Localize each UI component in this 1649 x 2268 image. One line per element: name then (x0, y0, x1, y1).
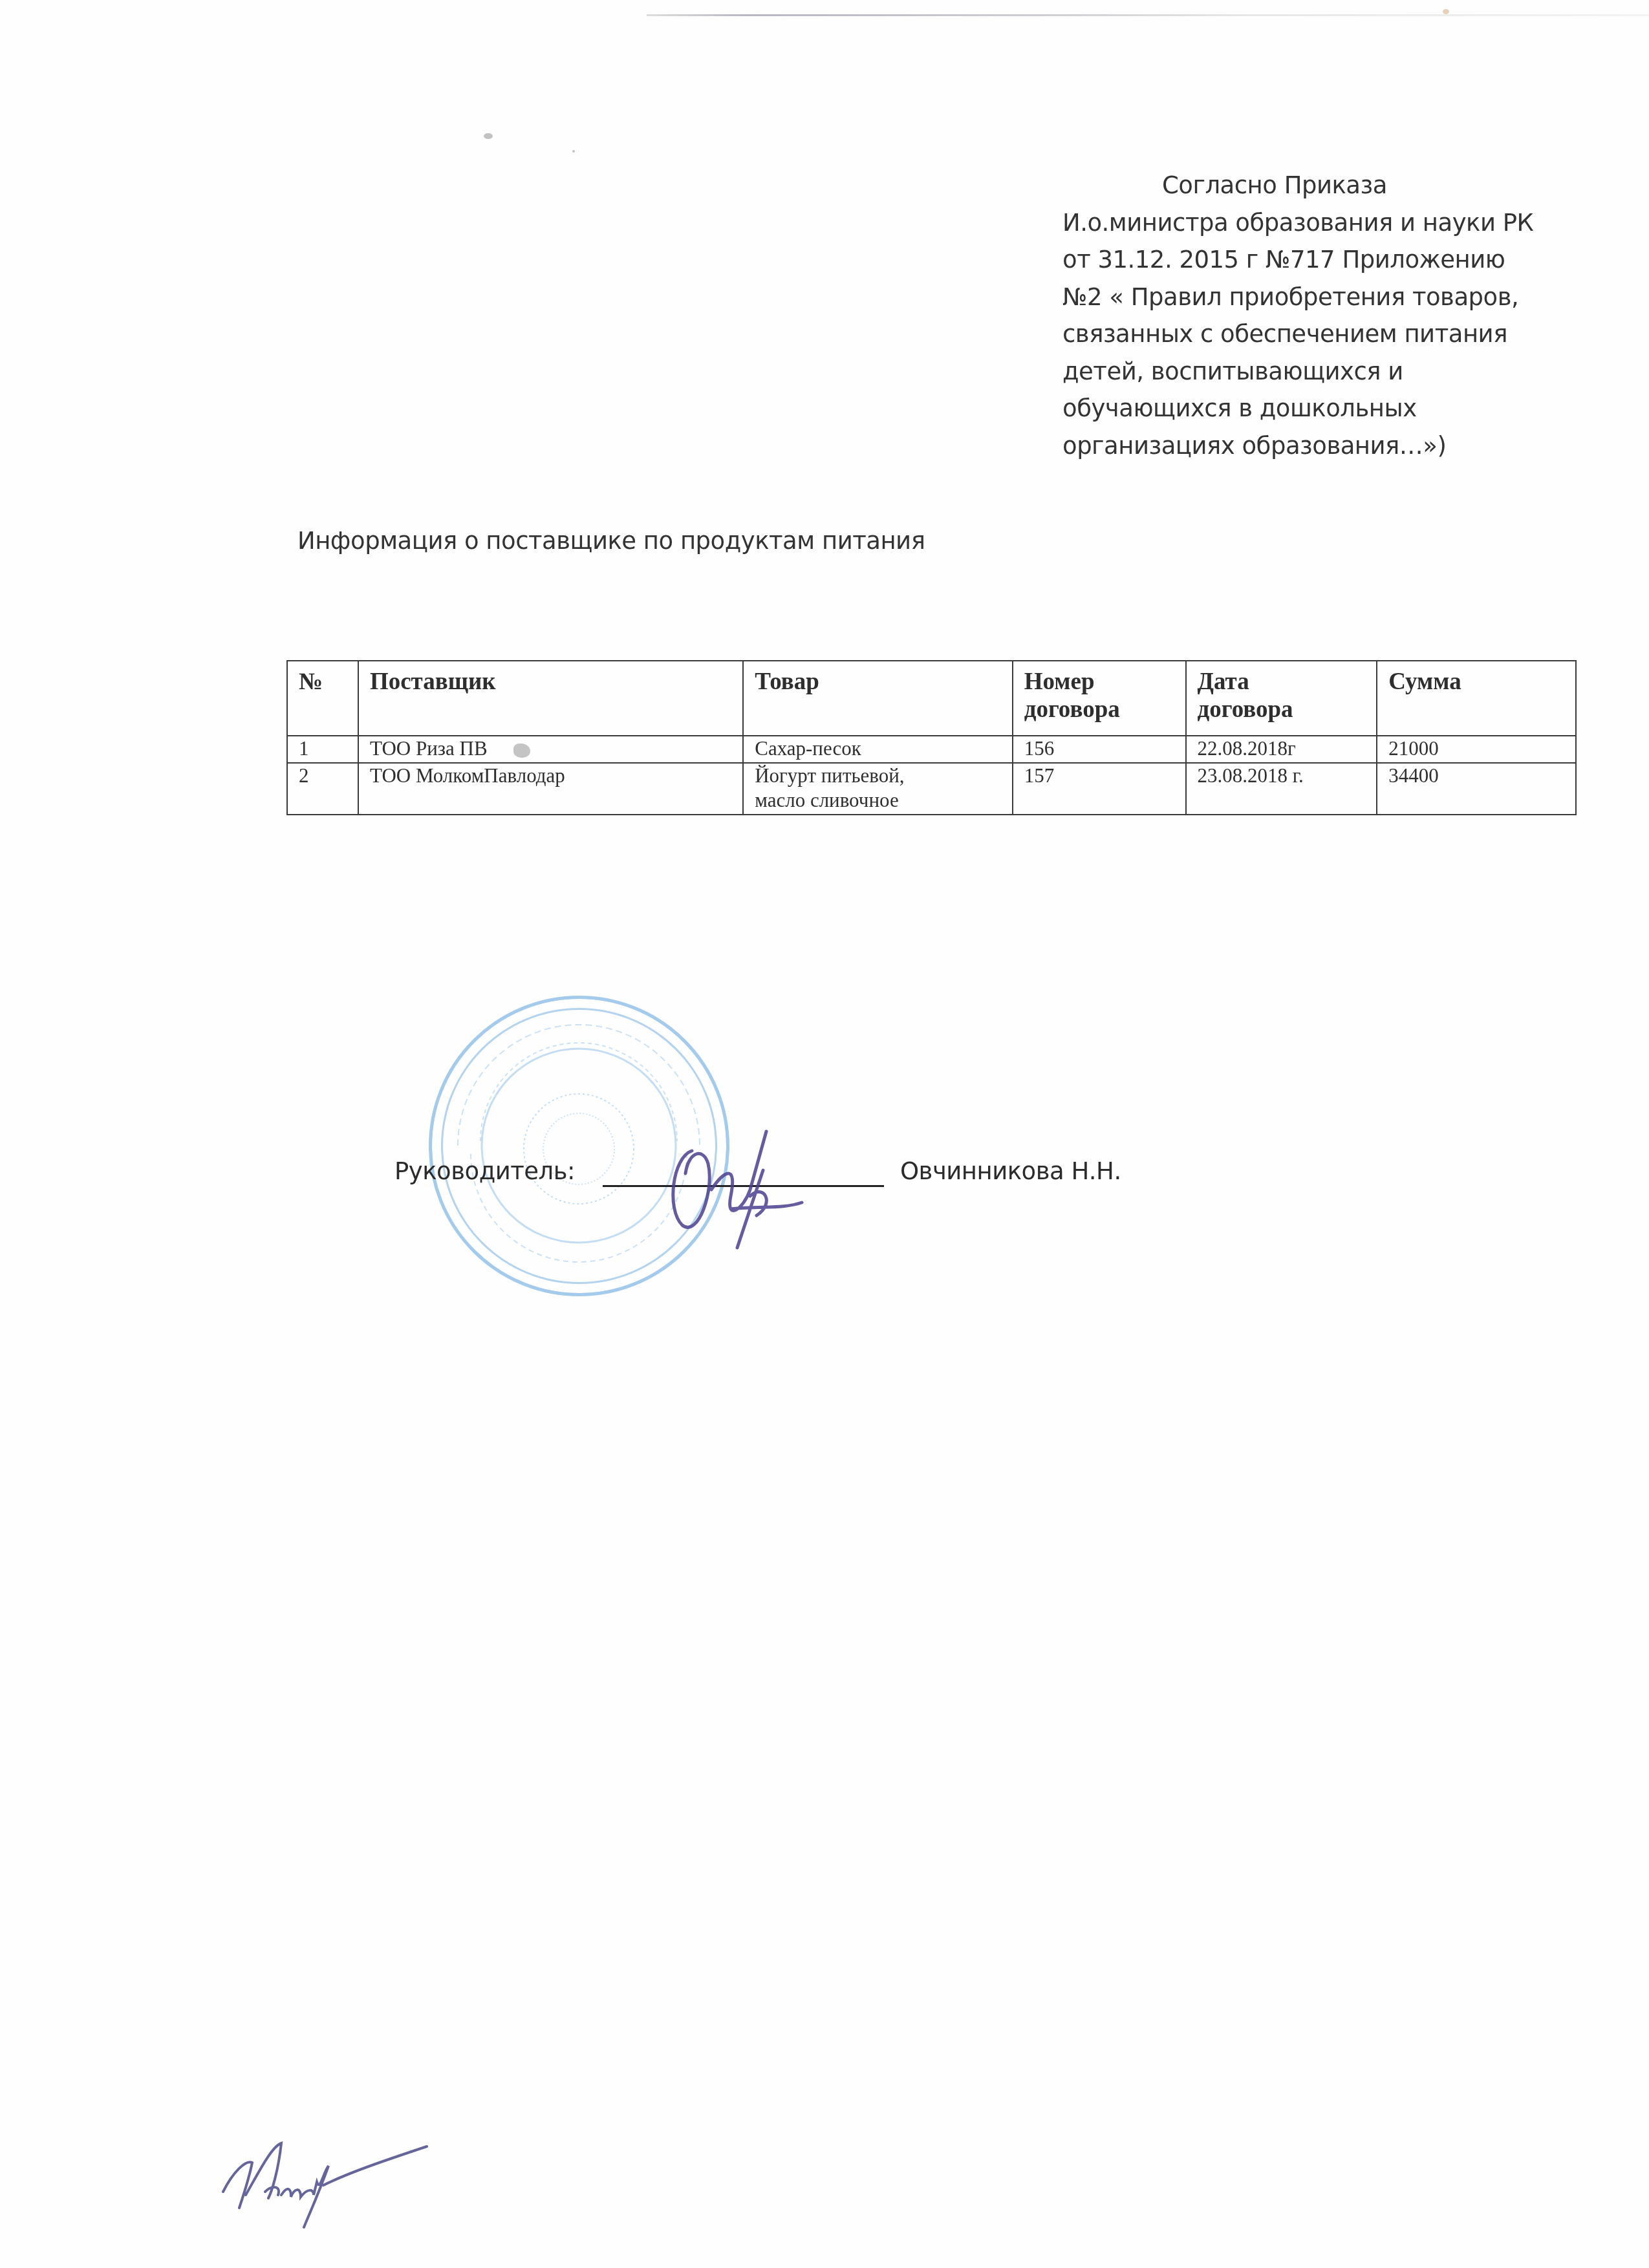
scan-smudge (513, 744, 530, 758)
header-product: Товар (743, 661, 1013, 736)
cell-contract-number: 157 (1013, 763, 1186, 815)
cell-num: 1 (287, 736, 358, 763)
document-title: Информация о поставщике по продуктам пит… (297, 527, 925, 555)
order-reference-line: организациях образования…») (1062, 427, 1580, 465)
handwritten-signature-icon (653, 1112, 821, 1261)
cell-num: 2 (287, 763, 358, 815)
cell-contract-date: 23.08.2018 г. (1186, 763, 1377, 815)
cell-supplier: ТОО Риза ПВ (358, 736, 743, 763)
cell-supplier: ТОО МолкомПавлодар (358, 763, 743, 815)
scanned-document-page: Согласно Приказа И.о.министра образовани… (0, 0, 1649, 2268)
table-row: 2 ТОО МолкомПавлодар Йогурт питьевой, ма… (287, 763, 1576, 815)
cell-amount: 34400 (1377, 763, 1576, 815)
table-row: 1 ТОО Риза ПВ Сахар-песок 156 22.08.2018… (287, 736, 1576, 763)
signatory-name: Овчинникова Н.Н. (900, 1157, 1121, 1185)
order-reference-line: связанных с обеспечением питания (1062, 316, 1580, 353)
header-contract-date: Дата договора (1186, 661, 1377, 736)
suppliers-table: № Поставщик Товар Номер договора Дата до… (286, 660, 1577, 815)
header-supplier: Поставщик (358, 661, 743, 736)
header-amount: Сумма (1377, 661, 1576, 736)
order-reference-line: от 31.12. 2015 г №717 Приложению (1062, 241, 1580, 279)
cell-product: Сахар-песок (743, 736, 1013, 763)
order-reference-block: Согласно Приказа И.о.министра образовани… (1062, 167, 1580, 464)
table-header-row: № Поставщик Товар Номер договора Дата до… (287, 661, 1576, 736)
scan-speck (572, 150, 575, 153)
cell-product: Йогурт питьевой, масло сливочное (743, 763, 1013, 815)
cell-contract-date: 22.08.2018г (1186, 736, 1377, 763)
scan-speck (484, 133, 493, 139)
header-num: № (287, 661, 358, 736)
order-reference-line: детей, воспитывающихся и (1062, 353, 1580, 390)
order-reference-line: Согласно Приказа (1062, 167, 1580, 204)
signature-label: Руководитель: (394, 1157, 575, 1185)
header-contract-number: Номер договора (1013, 661, 1186, 736)
order-reference-line: И.о.министра образования и науки РК (1062, 204, 1580, 242)
initials-signature-icon (220, 2134, 433, 2231)
order-reference-line: №2 « Правил приобретения товаров, (1062, 279, 1580, 316)
cell-amount: 21000 (1377, 736, 1576, 763)
cell-contract-number: 156 (1013, 736, 1186, 763)
scan-speck (1443, 9, 1449, 14)
order-reference-line: обучающихся в дошкольных (1062, 390, 1580, 427)
scan-artifact-line (647, 14, 1649, 16)
